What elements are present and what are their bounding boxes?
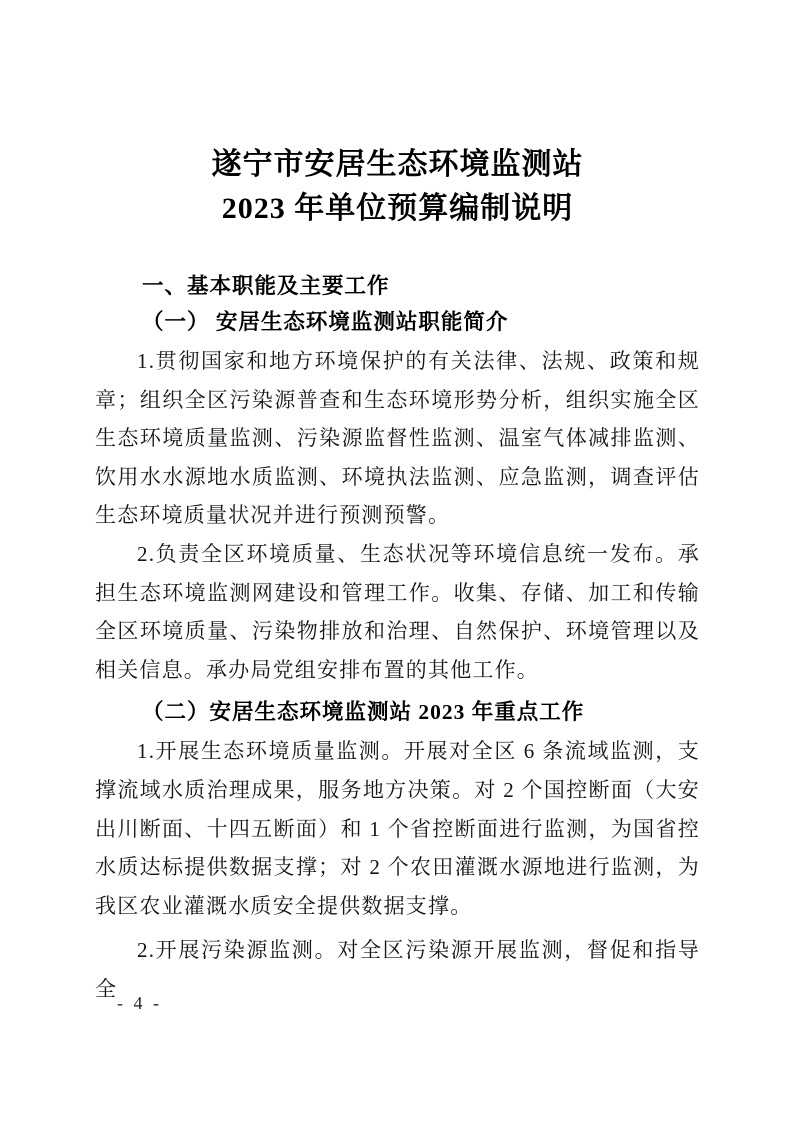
- document-title-line1: 遂宁市安居生态环境监测站: [95, 143, 700, 187]
- paragraph-key-work-1: 1.开展生态环境质量监测。开展对全区 6 条流域监测，支撑流域水质治理成果，服务…: [95, 732, 700, 925]
- document-title: 遂宁市安居生态环境监测站 2023 年单位预算编制说明: [95, 143, 700, 231]
- page-number: - 4 -: [117, 993, 162, 1014]
- subsection-heading-intro: （一） 安居生态环境监测站职能简介: [95, 307, 700, 337]
- section-heading-basic-functions: 一、基本职能及主要工作: [95, 271, 700, 301]
- subsection-heading-key-work-2023: （二）安居生态环境监测站 2023 年重点工作: [95, 697, 700, 727]
- paragraph-functions-2: 2.负责全区环境质量、生态状况等环境信息统一发布。承担生态环境监测网建设和管理工…: [95, 535, 700, 689]
- paragraph-functions-1: 1.贯彻国家和地方环境保护的有关法律、法规、政策和规章；组织全区污染源普查和生态…: [95, 342, 700, 535]
- document-page: 遂宁市安居生态环境监测站 2023 年单位预算编制说明 一、基本职能及主要工作 …: [0, 0, 793, 1122]
- document-title-line2: 2023 年单位预算编制说明: [95, 187, 700, 231]
- paragraph-key-work-2-partial: 2.开展污染源监测。对全区污染源开展监测，督促和指导全: [95, 931, 700, 1008]
